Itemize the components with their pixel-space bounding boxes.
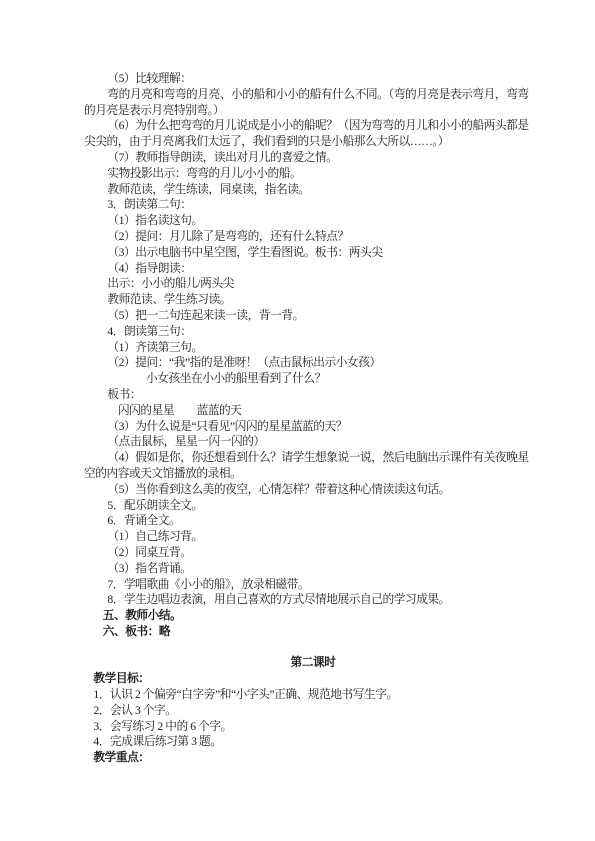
text-line: （1）自己练习背。 (84, 529, 542, 545)
text-line: 实物投影出示：弯弯的月儿/小小的船。 (84, 166, 542, 182)
text-line: （2）同桌互背。 (84, 545, 542, 561)
text-line: 4．朗读第三句： (84, 324, 542, 340)
text-line: 出示：小小的船儿/两头尖 (84, 276, 542, 292)
text-line: 4．完成课后练习第 3 题。 (84, 734, 542, 750)
text-line: 1．认识 2 个偏旁“白字旁”和“小字头”正确、规范地书写生字。 (84, 687, 542, 703)
text-line: （5）比较理解： (84, 71, 542, 87)
text-line: （3）出示电脑书中星空图，学生看图说。板书：两头尖 (84, 245, 542, 261)
text-line: 六、板书：略 (84, 624, 542, 640)
text-line: （2）提问：月儿除了是弯弯的，还有什么特点？ (84, 229, 542, 245)
document-body: （5）比较理解：弯的月亮和弯弯的月亮、小的船和小小的船有什么不同。（弯的月亮是表… (84, 71, 542, 766)
blank-line (84, 640, 542, 656)
text-line: （1）指名读这句。 (84, 213, 542, 229)
text-line: 8．学生边唱边表演，用自己喜欢的方式尽情地展示自己的学习成果。 (84, 592, 542, 608)
text-line: 的月亮是表示月亮特别弯。） (84, 103, 542, 119)
text-line: （3）为什么说是“只看见”闪闪的星星蓝蓝的天？ (84, 419, 542, 435)
text-line: （点击鼠标，星星一闪一闪的） (84, 434, 542, 450)
text-line: 板书： (84, 387, 542, 403)
text-line: 教学目标： (84, 671, 542, 687)
text-line: 五、教师小结。 (84, 608, 542, 624)
text-line: 3．会写练习 2 中的 6 个字。 (84, 719, 542, 735)
text-line: 教师范读，学生练读，同桌读，指名读。 (84, 182, 542, 198)
text-line: （6）为什么把弯弯的月儿说成是小小的船呢？（因为弯弯的月儿和小小的船两头都是 (84, 118, 542, 134)
text-line: 5．配乐朗读全文。 (84, 498, 542, 514)
text-line: （4）指导朗读： (84, 261, 542, 277)
text-line: （7）教师指导朗读，读出对月儿的喜爱之情。 (84, 150, 542, 166)
text-line: （5）把一二句连起来读一读，背一背。 (84, 308, 542, 324)
text-line: 7．学唱歌曲《小小的船》，放录相磁带。 (84, 577, 542, 593)
text-line: （4）假如是你，你还想看到什么？请学生想象说一说，然后电脑出示课件有关夜晚星 (84, 450, 542, 466)
text-line: 闪闪的星星 蓝蓝的天 (84, 403, 542, 419)
text-line: 尖尖的，由于月亮离我们太远了，我们看到的只是小船那么大所以……。） (84, 134, 542, 150)
text-line: （1）齐读第三句。 (84, 340, 542, 356)
text-line: 教师范读、学生练习读。 (84, 292, 542, 308)
text-line: 2．会认 3 个字。 (84, 703, 542, 719)
text-line: 3．朗读第二句： (84, 197, 542, 213)
text-line: 教学重点： (84, 750, 542, 766)
text-line: （2）提问：“我”指的是准呀！（点击鼠标出示小女孩） (84, 355, 542, 371)
document-page: （5）比较理解：弯的月亮和弯弯的月亮、小的船和小小的船有什么不同。（弯的月亮是表… (0, 0, 595, 841)
text-line: 第二课时 (84, 655, 542, 671)
text-line: 6．背诵全文。 (84, 513, 542, 529)
text-line: （5）当你看到这么美的夜空，心情怎样？带着这种心情读读这句话。 (84, 482, 542, 498)
text-line: （3）指名背诵。 (84, 561, 542, 577)
text-line: 空的内容或天文馆播放的录相。 (84, 466, 542, 482)
text-line: 弯的月亮和弯弯的月亮、小的船和小小的船有什么不同。（弯的月亮是表示弯月，弯弯 (84, 87, 542, 103)
text-line: 小女孩坐在小小的船里看到了什么？ (84, 371, 542, 387)
